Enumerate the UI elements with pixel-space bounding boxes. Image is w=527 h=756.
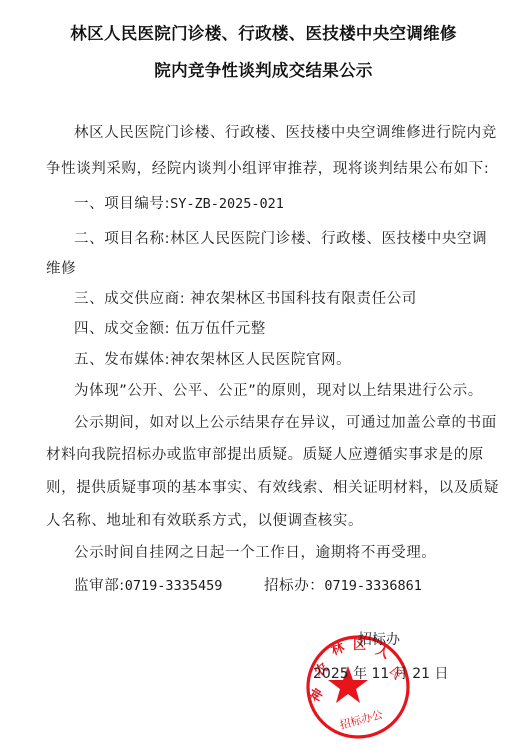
item-project-number: 一、项目编号:SY-ZB-2025-021 [74, 192, 284, 213]
principle-statement: 为体现”公开、公平、公正”的原则，现对以上结果进行公示。 [74, 379, 483, 400]
publicity-period: 公示时间自挂网之日起一个工作日，逾期将不再受理。 [74, 541, 436, 562]
intro-line-1: 林区人民医院门诊楼、行政楼、医技楼中央空调维修进行院内竞 [74, 121, 497, 142]
objection-line-2: 材料向我院招标办或监审部提出质疑。质疑人应遵循实事求是的原 [46, 443, 484, 464]
objection-line-4: 人名称、地址和有效联系方式，以便调查核实。 [46, 509, 363, 530]
item-project-number-value: SY-ZB-2025-021 [170, 196, 284, 212]
document-title-line1: 林区人民医院门诊楼、行政楼、医技楼中央空调维修 [0, 20, 527, 44]
item-supplier: 三、成交供应商: 神农架林区书国科技有限责任公司 [74, 287, 417, 308]
signature-office: 招标办 [358, 629, 400, 649]
contact-audit: 监审部:0719-3335459 [74, 574, 222, 595]
contact-audit-phone: 0719-3335459 [125, 578, 223, 594]
item-project-name-line2: 维修 [46, 257, 76, 278]
contact-bid-label: 招标办： [264, 578, 324, 594]
svg-text:招标办公: 招标办公 [338, 707, 384, 732]
intro-line-2: 争性谈判采购，经院内谈判小组评审推荐，现将谈判结果公布如下: [46, 157, 489, 178]
svg-text:林: 林 [329, 639, 348, 659]
item-project-name-line1: 二、项目名称:林区人民医院门诊楼、行政楼、医技楼中央空调 [74, 227, 487, 248]
item-amount: 四、成交金额: 伍万伍仟元整 [74, 317, 266, 338]
item-media: 五、发布媒体:神农架林区人民医院官网。 [74, 348, 351, 369]
objection-line-1: 公示期间，如对以上公示结果存在异议，可通过加盖公章的书面 [74, 411, 497, 432]
contact-bid-office: 招标办：0719-3336861 [264, 574, 422, 595]
document-title-line2: 院内竞争性谈判成交结果公示 [0, 57, 527, 81]
official-seal-icon: 神 农 林 区 人 民 招标办公 [303, 633, 413, 741]
item-project-number-label: 一、项目编号: [74, 196, 170, 212]
signature-date: 2025 年 11 月 21 日 [313, 663, 449, 683]
objection-line-3: 则，提供质疑事项的基本事实、有效线索、相关证明材料，以及质疑 [46, 476, 499, 497]
contact-audit-label: 监审部: [74, 578, 125, 594]
contact-bid-phone: 0719-3336861 [324, 578, 422, 594]
